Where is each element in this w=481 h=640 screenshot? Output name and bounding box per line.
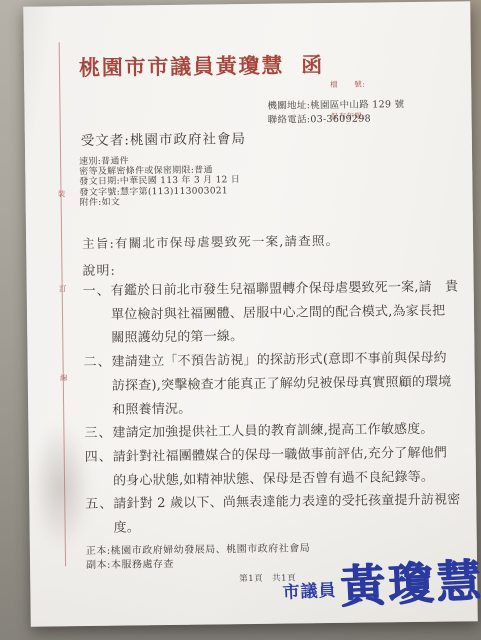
item-marker: 三、 [84,422,112,446]
item-text: 有鑑於日前北市發生兒福聯盟轉介保母虐嬰致死一案,請 貴 單位檢討與社福團體、居服… [111,275,460,350]
explanation-item-4: 四、 請針對社福團體媒合的保母一職做事前評估,充分了解他們 的身心狀態,如精神狀… [85,441,462,493]
item-text: 請針對 2 歲以下、尚無表達能力表達的受托孩童提升訪視密 度。 [113,489,462,541]
item-marker: 一、 [83,280,111,304]
signature-stamp: 市議員 黃瓊慧 [281,558,481,612]
original-recipients-line: 正本:桃園市政府婦幼發展局、桃園市政府社會局 [86,539,311,557]
item-marker: 二、 [83,351,111,375]
letterhead: 桃園市市議員黃瓊慧 函 [79,49,323,82]
binding-mark-ding: 訂 [56,283,70,294]
agency-contact-block: 機關地址:桃園區中山路 129 號 聯絡電話:03-3609298 [267,98,404,127]
recipient-line: 受文者:桃園市政府社會局 [81,127,246,149]
sender-title: 桃園市市議員黃瓊慧 [79,50,285,83]
file-number-label: 檔 號: [330,80,365,91]
explanation-item-1: 一、 有鑑於日前北市發生兒福聯盟轉介保母虐嬰致死一案,請 貴 單位檢討與社福團體… [83,275,460,351]
item-text: 請針對社福團體媒合的保母一職做事前評估,充分了解他們 的身心狀態,如精神狀態、保… [113,441,462,493]
explanation-list: 一、 有鑑於日前北市發生兒福聯盟轉介保母虐嬰致死一案,請 貴 單位檢討與社福團體… [83,275,462,540]
item-text: 建請建立「不預告訪視」的探訪形式(意即不事前與保母約 訪探查),突擊檢查才能真正… [111,347,460,422]
explanation-item-2: 二、 建請建立「不預告訪視」的探訪形式(意即不事前與保母約 訪探查),突擊檢查才… [83,347,460,423]
meta-doc-number: 發文字號:慧字第(113)113003021 [79,186,240,198]
document-paper: 裝 訂 線 桃園市市議員黃瓊慧 函 檔 號: 保存年限: 機關地址:桃園區中山路… [23,1,478,626]
item-marker: 五、 [85,493,113,517]
item-marker: 四、 [85,446,113,470]
paper-shadow-smudge [30,421,92,552]
meta-attachment: 附件:如文 [80,196,241,208]
signature-title: 市議員 [282,576,337,604]
explanation-label: 說明: [82,260,116,279]
desk-background: 裝 訂 線 桃園市市議員黃瓊慧 函 檔 號: 保存年限: 機關地址:桃園區中山路… [0,0,481,640]
subject-line: 主旨:有關北市保母虐嬰致死一案,請查照。 [82,231,339,252]
binding-mark-zhuang: 裝 [54,188,68,199]
binding-mark-xian: 線 [57,372,71,383]
agency-address: 機關地址:桃園區中山路 129 號 [267,98,404,113]
signature-name: 黃瓊慧 [339,558,481,610]
agency-phone: 聯絡電話:03-3609298 [268,112,405,127]
document-type: 函 [301,49,322,79]
explanation-item-5: 五、 請針對 2 歲以下、尚無表達能力表達的受托孩童提升訪視密 度。 [85,489,462,541]
document-meta-block: 速別:普通件 密等及解密條件或保密期限:普通 發文日期:中華民國 113 年 3… [79,155,240,208]
copy-recipients-line: 副本:本服務處存查 [86,555,174,571]
